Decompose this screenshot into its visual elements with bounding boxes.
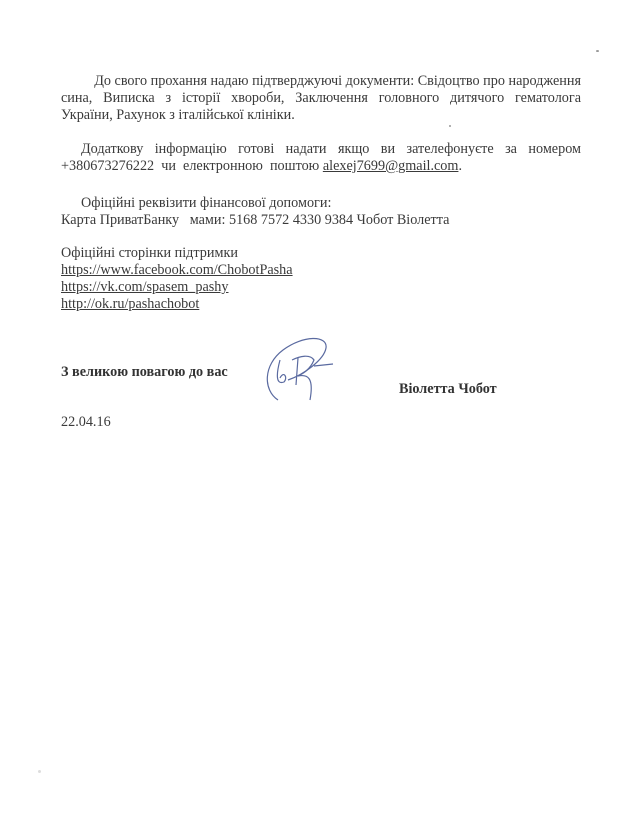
scan-speck bbox=[38, 770, 41, 773]
contact-end-text: . bbox=[458, 158, 462, 174]
signature-icon bbox=[258, 330, 348, 410]
paragraph-contact-line-2: +380673276222 чи електронною поштою alex… bbox=[61, 158, 462, 175]
card-details: Карта ПриватБанку мами: 5168 7572 4330 9… bbox=[61, 212, 449, 229]
signer-name: Віолетта Чобот bbox=[399, 381, 497, 398]
email-link[interactable]: alexej7699@gmail.com bbox=[323, 158, 459, 174]
letter-date: 22.04.16 bbox=[61, 414, 111, 431]
scan-speck bbox=[596, 50, 599, 52]
vk-link[interactable]: https://vk.com/spasem_pashy bbox=[61, 279, 228, 296]
paragraph-docs-line-3: України, Рахунок з італійської клініки. bbox=[61, 107, 295, 124]
ok-link[interactable]: http://ok.ru/pashachobot bbox=[61, 296, 199, 313]
finance-heading: Офіційні реквізити фінансової допомоги: bbox=[81, 195, 331, 212]
paragraph-docs-line-2: сина, Виписка з історії хвороби, Заключе… bbox=[61, 90, 581, 107]
facebook-link[interactable]: https://www.facebook.com/ChobotPasha bbox=[61, 262, 293, 279]
scan-speck bbox=[449, 125, 451, 127]
contact-middle-text: чи електронною поштою bbox=[154, 158, 323, 174]
phone-number: +380673276222 bbox=[61, 158, 154, 174]
closing-phrase: З великою повагою до вас bbox=[61, 364, 228, 381]
paragraph-contact-line-1: Додаткову інформацію готові надати якщо … bbox=[81, 141, 581, 158]
paragraph-docs-line-1: До свого прохання надаю підтверджуючі до… bbox=[61, 73, 581, 90]
support-heading: Офіційні сторінки підтримки bbox=[61, 245, 238, 262]
